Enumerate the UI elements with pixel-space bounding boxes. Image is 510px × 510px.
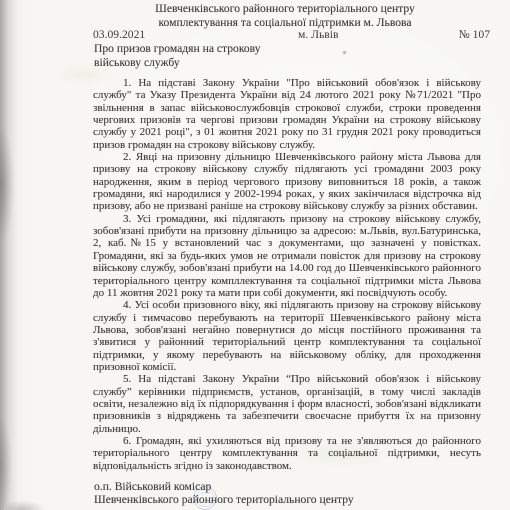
paragraph-1: 1. На підставі Закону України "Про війсь… bbox=[93, 77, 481, 151]
round-seal-stamp: СТВО ОБОРОН bbox=[145, 486, 265, 510]
paragraph-2: 2. Явці на призовну дільницю Шевченківсь… bbox=[93, 151, 481, 213]
scan-artifact bbox=[0, 130, 14, 240]
org-header-line2: комплектування та соціальної підтримки м… bbox=[75, 16, 495, 30]
org-header-line1: Шевченківського районного територіальног… bbox=[75, 2, 495, 16]
document-number: № 107 bbox=[459, 28, 490, 41]
document-meta-row: 03.09.2021 м. Львів № 107 bbox=[0, 28, 510, 42]
subject-line1: Про призов громадян на строкову bbox=[94, 42, 334, 56]
seal-arc-text: СТВО ОБОРОН bbox=[195, 492, 210, 499]
document-body: 1. На підставі Закону України "Про війсь… bbox=[93, 77, 481, 472]
subject-line2: військову службу bbox=[94, 56, 334, 70]
document-place: м. Львів bbox=[298, 28, 338, 41]
paragraph-5: 5. На підставі Закону України “Про війсь… bbox=[93, 373, 481, 435]
document-subject: Про призов громадян на строкову військов… bbox=[94, 42, 334, 69]
paragraph-4: 4. Усі особи призовного віку, які підляг… bbox=[93, 299, 481, 373]
document-date: 03.09.2021 bbox=[93, 28, 145, 41]
scan-artifact bbox=[0, 420, 12, 510]
scan-artifact bbox=[6, 500, 46, 510]
org-header: Шевченківського районного територіальног… bbox=[75, 2, 495, 29]
svg-text:СТВО ОБОРОН: СТВО ОБОРОН bbox=[195, 492, 210, 499]
scanned-document-page: Шевченківського районного територіальног… bbox=[0, 0, 510, 510]
scan-artifact bbox=[342, 50, 347, 55]
paragraph-3: 3. Усі громадяни, які підлягають призову… bbox=[93, 213, 481, 299]
paragraph-6: 6. Громадян, які ухиляються від призову … bbox=[93, 435, 481, 472]
